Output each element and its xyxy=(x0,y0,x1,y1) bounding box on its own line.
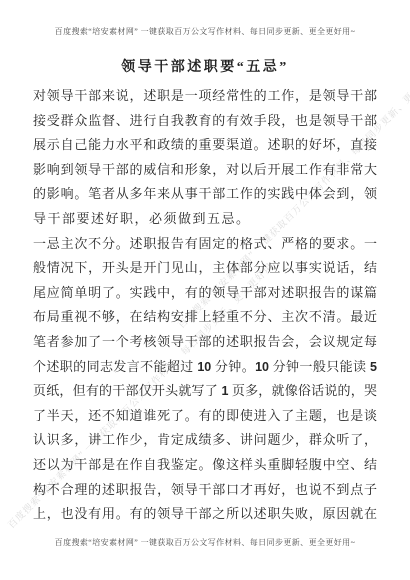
bold-number: 1 xyxy=(221,384,228,398)
body-line: 认识多，讲工作少，肯定成绩多、讲问题少，群众听了， xyxy=(33,428,377,453)
body-line: 一忌主次不分。述职报告有固定的格式、严格的要求。一 xyxy=(33,232,377,257)
body-line: 还以为干部是在作自我鉴定。像这样头重脚轻腹中空、结 xyxy=(33,453,377,478)
bold-number: 5 xyxy=(370,360,377,374)
body-line: 般情况下，开头是开门见山，主体部分应以事实说话，结 xyxy=(33,256,377,281)
body-line: 展示自己能力水平和政绩的重要渠道。述职的好坏，直接 xyxy=(33,133,377,158)
body-line: 对领导干部来说，述职是一项经常性的工作，是领导干部 xyxy=(33,84,377,109)
body-line: 影响到领导干部的威信和形象，对以后开展工作有非常大 xyxy=(33,158,377,183)
body-line: 上，也没有用。有的领导干部之所以述职失败，原因就在 xyxy=(33,502,377,527)
document-body: 对领导干部来说，述职是一项经常性的工作，是领导干部接受群众监督、进行自我教育的有… xyxy=(33,84,377,527)
bold-number: 10 xyxy=(255,360,269,374)
body-line: 导干部要述好职，必须做到五忌。 xyxy=(33,207,377,232)
body-line: 笔者参加了一个考核领导干部的述职报告会，会议规定每 xyxy=(33,330,377,355)
document-page: 百度搜索“培安素材网” 一键获取百万公文写作材料、每日同步更新、更全更好用 百度… xyxy=(0,0,410,580)
body-line: 布局重视不够，在结构安排上轻重不分、主次不清。最近 xyxy=(33,305,377,330)
page-title: 领导干部述职要“五忌” xyxy=(0,56,410,76)
body-line: 构不合理的述职报告，领导干部口才再好，也说不到点子 xyxy=(33,478,377,503)
body-line: 接受群众监督、进行自我教育的有效手段，也是领导干部 xyxy=(33,109,377,134)
body-line: 的影响。笔者从多年来从事干部工作的实践中体会到，领 xyxy=(33,182,377,207)
header-note: 百度搜索“培安素材网” 一键获取百万公文写作材料、每日同步更新、更全更好用~ xyxy=(0,26,410,37)
footer-note: 百度搜索“培安素材网” 一键获取百万公文写作材料、每日同步更新、更全更好用~ xyxy=(0,537,410,548)
body-line: 尾应简单明了。实践中，有的领导干部对述职报告的谋篇 xyxy=(33,281,377,306)
bold-number: 10 xyxy=(197,360,211,374)
body-line: 页纸，但有的干部仅开头就写了 1 页多，就像俗话说的，哭 xyxy=(33,379,377,404)
body-line: 个述职的同志发言不能超过 10 分钟。10 分钟一般只能读 5 xyxy=(33,355,377,380)
body-line: 了半天，还不知道谁死了。有的即使进入了主题，也是谈 xyxy=(33,404,377,429)
